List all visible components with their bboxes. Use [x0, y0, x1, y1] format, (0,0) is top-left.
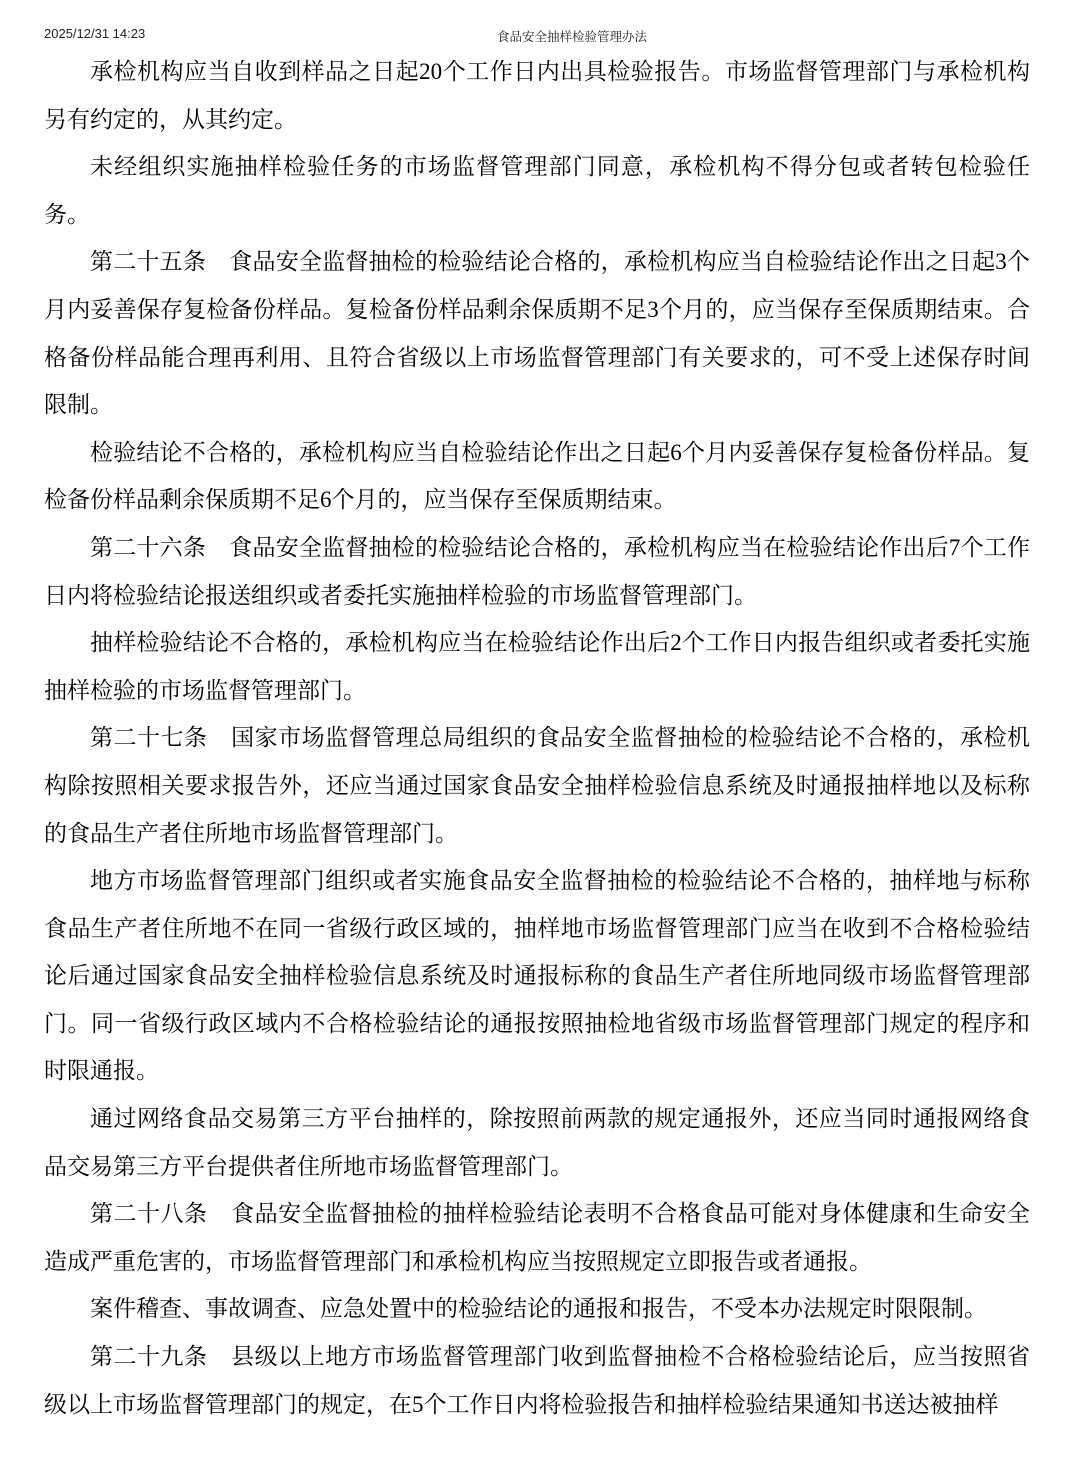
- paragraph-duty-report-deadline: 承检机构应当自收到样品之日起20个工作日内出具检验报告。市场监督管理部门与承检机…: [44, 48, 1030, 143]
- print-datetime: 2025/12/31 14:23: [44, 26, 145, 41]
- paragraph-article-28-exemptions: 案件稽查、事故调查、应急处置中的检验结论的通报和报告，不受本办法规定时限限制。: [44, 1285, 1030, 1333]
- print-doc-title: 食品安全抽样检验管理办法: [497, 27, 647, 45]
- document-body: 承检机构应当自收到样品之日起20个工作日内出具检验报告。市场监督管理部门与承检机…: [44, 48, 1030, 1428]
- document-page: 2025/12/31 14:23 食品安全抽样检验管理办法 承检机构应当自收到样…: [0, 0, 1074, 1459]
- paragraph-article-29: 第二十九条 县级以上地方市场监督管理部门收到监督抽检不合格检验结论后，应当按照省…: [44, 1333, 1030, 1428]
- paragraph-article-27-local-authorities: 地方市场监督管理部门组织或者实施食品安全监督抽检的检验结论不合格的，抽样地与标称…: [44, 857, 1030, 1095]
- print-header: 2025/12/31 14:23 食品安全抽样检验管理办法: [0, 26, 1074, 44]
- paragraph-article-25: 第二十五条 食品安全监督抽检的检验结论合格的，承检机构应当自检验结论作出之日起3…: [44, 238, 1030, 428]
- paragraph-article-26: 第二十六条 食品安全监督抽检的检验结论合格的，承检机构应当在检验结论作出后7个工…: [44, 524, 1030, 619]
- paragraph-article-27-online-platforms: 通过网络食品交易第三方平台抽样的，除按照前两款的规定通报外，还应当同时通报网络食…: [44, 1095, 1030, 1190]
- paragraph-article-27: 第二十七条 国家市场监督管理总局组织的食品安全监督抽检的检验结论不合格的，承检机…: [44, 714, 1030, 857]
- paragraph-article-26-failed-results: 抽样检验结论不合格的，承检机构应当在检验结论作出后2个工作日内报告组织或者委托实…: [44, 619, 1030, 714]
- paragraph-article-28: 第二十八条 食品安全监督抽检的抽样检验结论表明不合格食品可能对身体健康和生命安全…: [44, 1190, 1030, 1285]
- paragraph-article-25-failed-samples: 检验结论不合格的，承检机构应当自检验结论作出之日起6个月内妥善保存复检备份样品。…: [44, 429, 1030, 524]
- paragraph-no-subcontracting: 未经组织实施抽样检验任务的市场监督管理部门同意，承检机构不得分包或者转包检验任务…: [44, 143, 1030, 238]
